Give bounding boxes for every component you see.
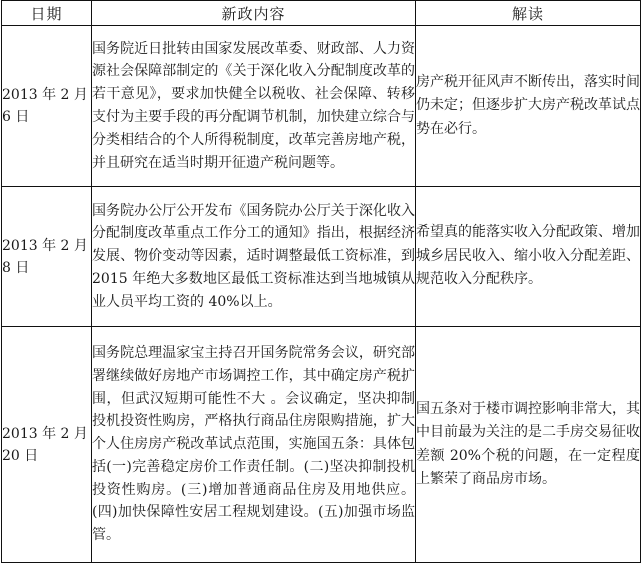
header-content: 新政内容 — [92, 1, 416, 26]
content-cell: 国务院近日批转由国家发展改革委、财政部、人力资源社会保障部制定的《关于深化收入分… — [92, 26, 416, 187]
interpretation-cell: 房产税开征风声不断传出，落实时间仍未定；但逐步扩大房产税改革试点势在必行。 — [416, 26, 641, 187]
header-row: 日期 新政内容 解读 — [2, 1, 641, 26]
date-cell: 2013 年 2 月 8 日 — [2, 187, 92, 327]
interpretation-cell: 希望真的能落实收入分配政策、增加城乡居民收入、缩小收入分配差距、规范收入分配秩序… — [416, 187, 641, 327]
interpretation-cell: 国五条对于楼市调控影响非常大，其中目前最为关注的是二手房交易征收差额 20%个税… — [416, 327, 641, 563]
date-cell: 2013 年 2 月 20 日 — [2, 327, 92, 563]
table-row: 2013 年 2 月 20 日 国务院总理温家宝主持召开国务院常务会议，研究部署… — [2, 327, 641, 563]
content-cell: 国务院办公厅公开发布《国务院办公厅关于深化收入分配制度改革重点工作分工的通知》指… — [92, 187, 416, 327]
content-cell: 国务院总理温家宝主持召开国务院常务会议，研究部署继续做好房地产市场调控工作，其中… — [92, 327, 416, 563]
table-row: 2013 年 2 月 8 日 国务院办公厅公开发布《国务院办公厅关于深化收入分配… — [2, 187, 641, 327]
header-date: 日期 — [2, 1, 92, 26]
date-cell: 2013 年 2 月 6 日 — [2, 26, 92, 187]
header-interpretation: 解读 — [416, 1, 641, 26]
policy-table: 日期 新政内容 解读 2013 年 2 月 6 日 国务院近日批转由国家发展改革… — [1, 0, 641, 563]
table-row: 2013 年 2 月 6 日 国务院近日批转由国家发展改革委、财政部、人力资源社… — [2, 26, 641, 187]
